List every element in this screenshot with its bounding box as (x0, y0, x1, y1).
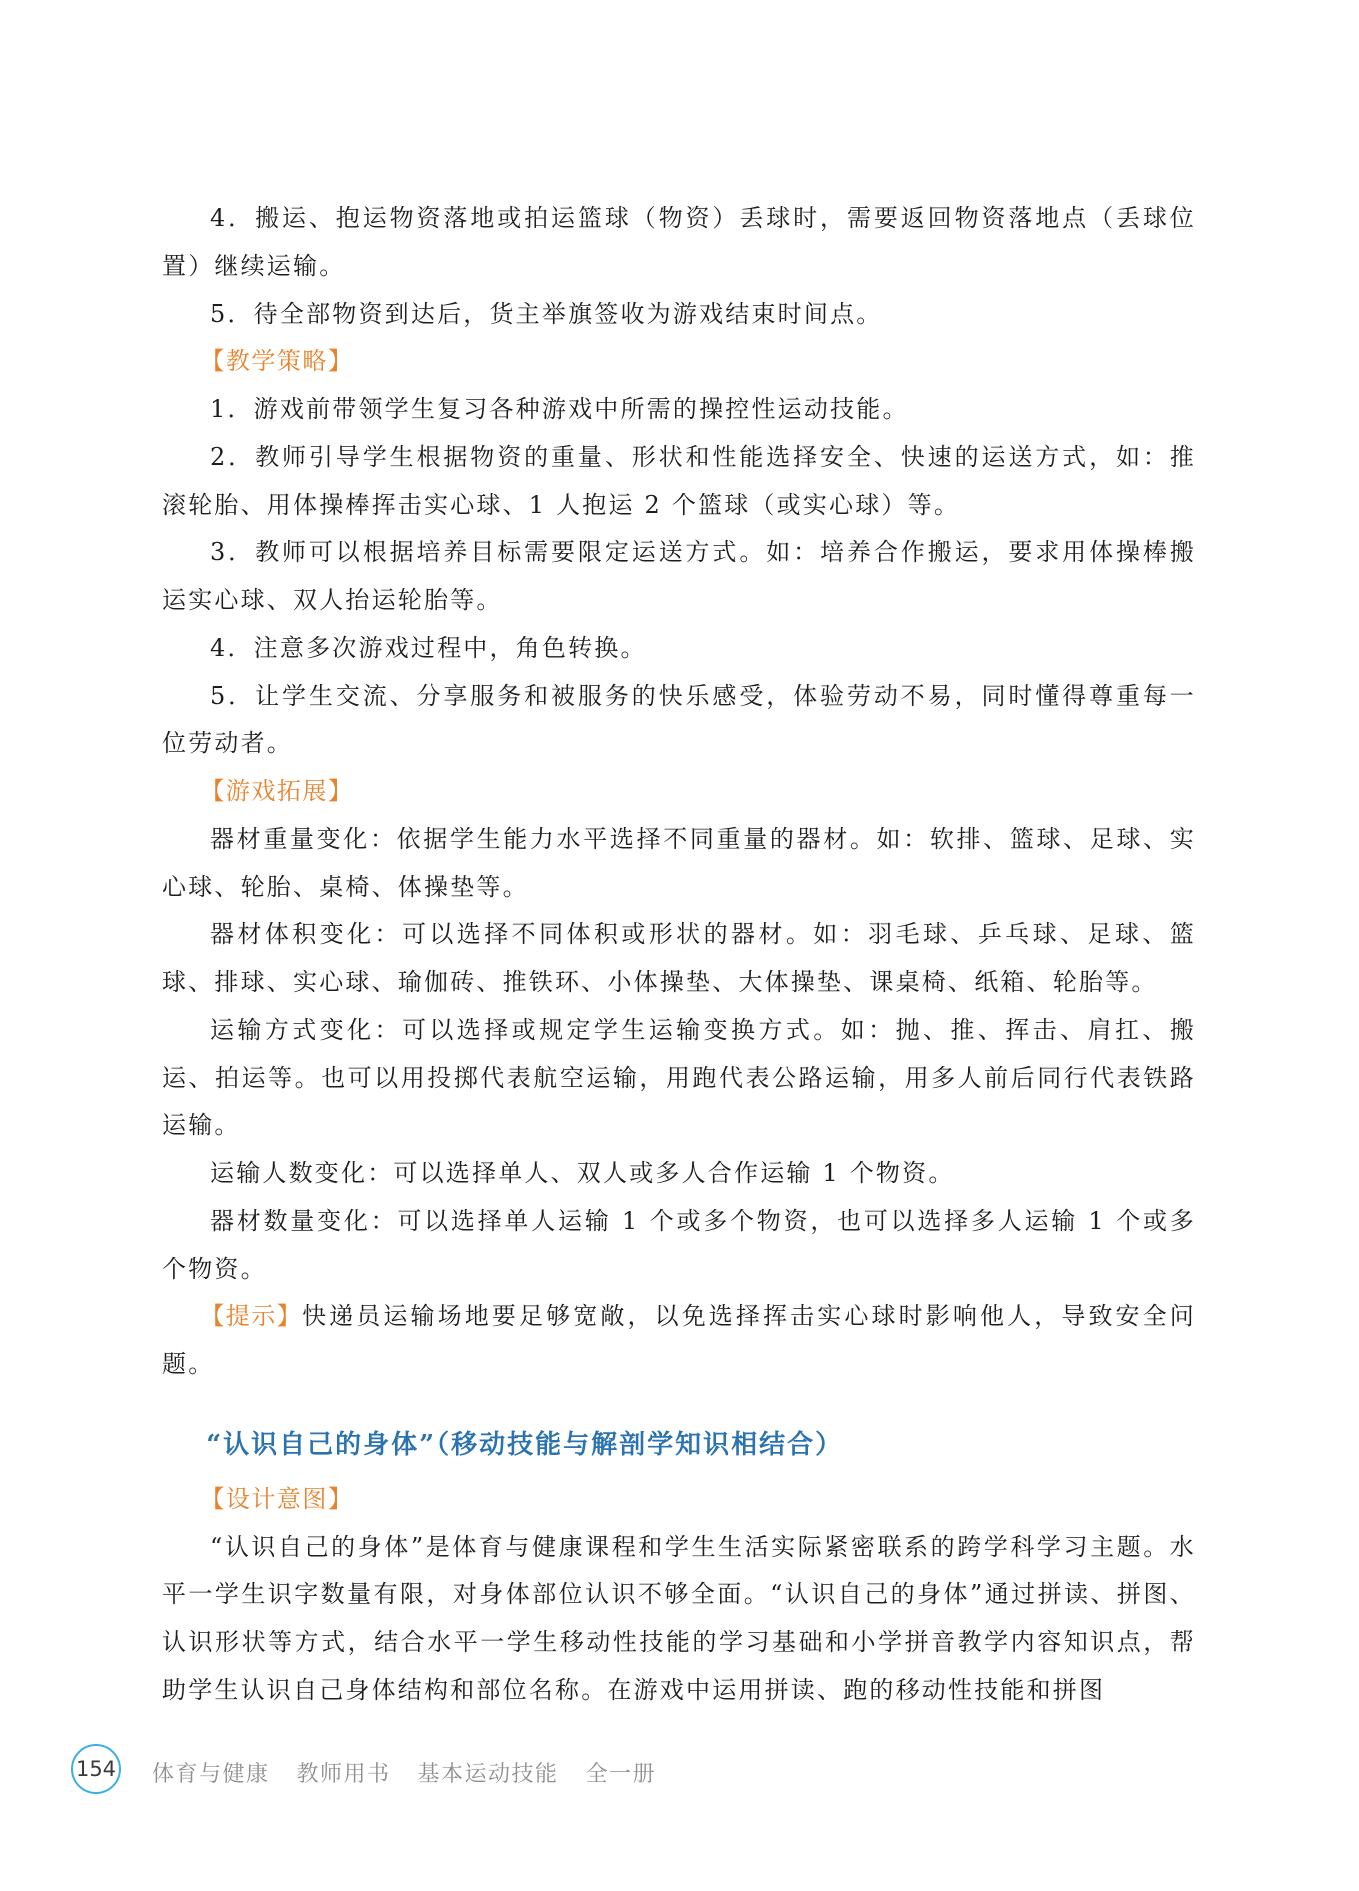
expansion-item-equipment-weight: 器材重量变化：依据学生能力水平选择不同重量的器材。如：软排、篮球、足球、实心球、… (162, 816, 1196, 912)
design-intent-paragraph: “认识自己的身体”是体育与健康课程和学生生活实际紧密联系的跨学科学习主题。水平一… (162, 1524, 1196, 1715)
footer-book-type: 教师用书 (297, 1757, 391, 1788)
expansion-item-transport-mode: 运输方式变化：可以选择或规定学生运输变换方式。如：抛、推、挥击、肩扛、搬运、拍运… (162, 1007, 1196, 1150)
teaching-strategy-item-5: 5．让学生交流、分享服务和被服务的快乐感受，体验劳动不易，同时懂得尊重每一位劳动… (162, 673, 1196, 769)
footer-book-title: 体育与健康 (152, 1757, 270, 1788)
tip-label: 【提示】 (200, 1302, 302, 1330)
section-header-game-expansion: 【游戏拓展】 (162, 768, 1196, 816)
footer-book-subject: 基本运动技能 (418, 1757, 559, 1788)
footer: 154 体育与健康 教师用书 基本运动技能 全一册 (0, 1742, 1359, 1802)
teaching-strategy-item-4: 4．注意多次游戏过程中，角色转换。 (162, 625, 1196, 673)
page-body: 4．搬运、抱运物资落地或拍运篮球（物资）丢球时，需要返回物资落地点（丢球位置）继… (162, 195, 1196, 1715)
page-number-badge: 154 (71, 1744, 121, 1794)
book-page: 4．搬运、抱运物资落地或拍运篮球（物资）丢球时，需要返回物资落地点（丢球位置）继… (0, 0, 1359, 1891)
teaching-strategy-item-2: 2．教师引导学生根据物资的重量、形状和性能选择安全、快速的运送方式，如：推滚轮胎… (162, 434, 1196, 530)
page-number: 154 (76, 1757, 116, 1781)
tip-text: 快递员运输场地要足够宽敞，以免选择挥击实心球时影响他人，导致安全问题。 (162, 1302, 1196, 1378)
teaching-strategy-item-1: 1．游戏前带领学生复习各种游戏中所需的操控性运动技能。 (162, 386, 1196, 434)
expansion-item-transport-people: 运输人数变化：可以选择单人、双人或多人合作运输 1 个物资。 (162, 1150, 1196, 1198)
subtopic-heading: “认识自己的身体”（移动技能与解剖学知识相结合） (162, 1425, 1196, 1465)
teaching-strategy-item-3: 3．教师可以根据培养目标需要限定运送方式。如：培养合作搬运，要求用体操棒搬运实心… (162, 529, 1196, 625)
footer-book-volume: 全一册 (586, 1757, 657, 1788)
tip-paragraph: 【提示】快递员运输场地要足够宽敞，以免选择挥击实心球时影响他人，导致安全问题。 (162, 1293, 1196, 1389)
expansion-item-equipment-volume: 器材体积变化：可以选择不同体积或形状的器材。如：羽毛球、乒乓球、足球、篮球、排球… (162, 911, 1196, 1007)
section-header-teaching-strategy: 【教学策略】 (162, 338, 1196, 386)
section-header-design-intent: 【设计意图】 (162, 1476, 1196, 1524)
rule-item-5: 5．待全部物资到达后，货主举旗签收为游戏结束时间点。 (162, 291, 1196, 339)
footer-book-info: 体育与健康 教师用书 基本运动技能 全一册 (152, 1757, 656, 1788)
expansion-item-equipment-quantity: 器材数量变化：可以选择单人运输 1 个或多个物资，也可以选择多人运输 1 个或多… (162, 1198, 1196, 1294)
rule-item-4: 4．搬运、抱运物资落地或拍运篮球（物资）丢球时，需要返回物资落地点（丢球位置）继… (162, 195, 1196, 291)
